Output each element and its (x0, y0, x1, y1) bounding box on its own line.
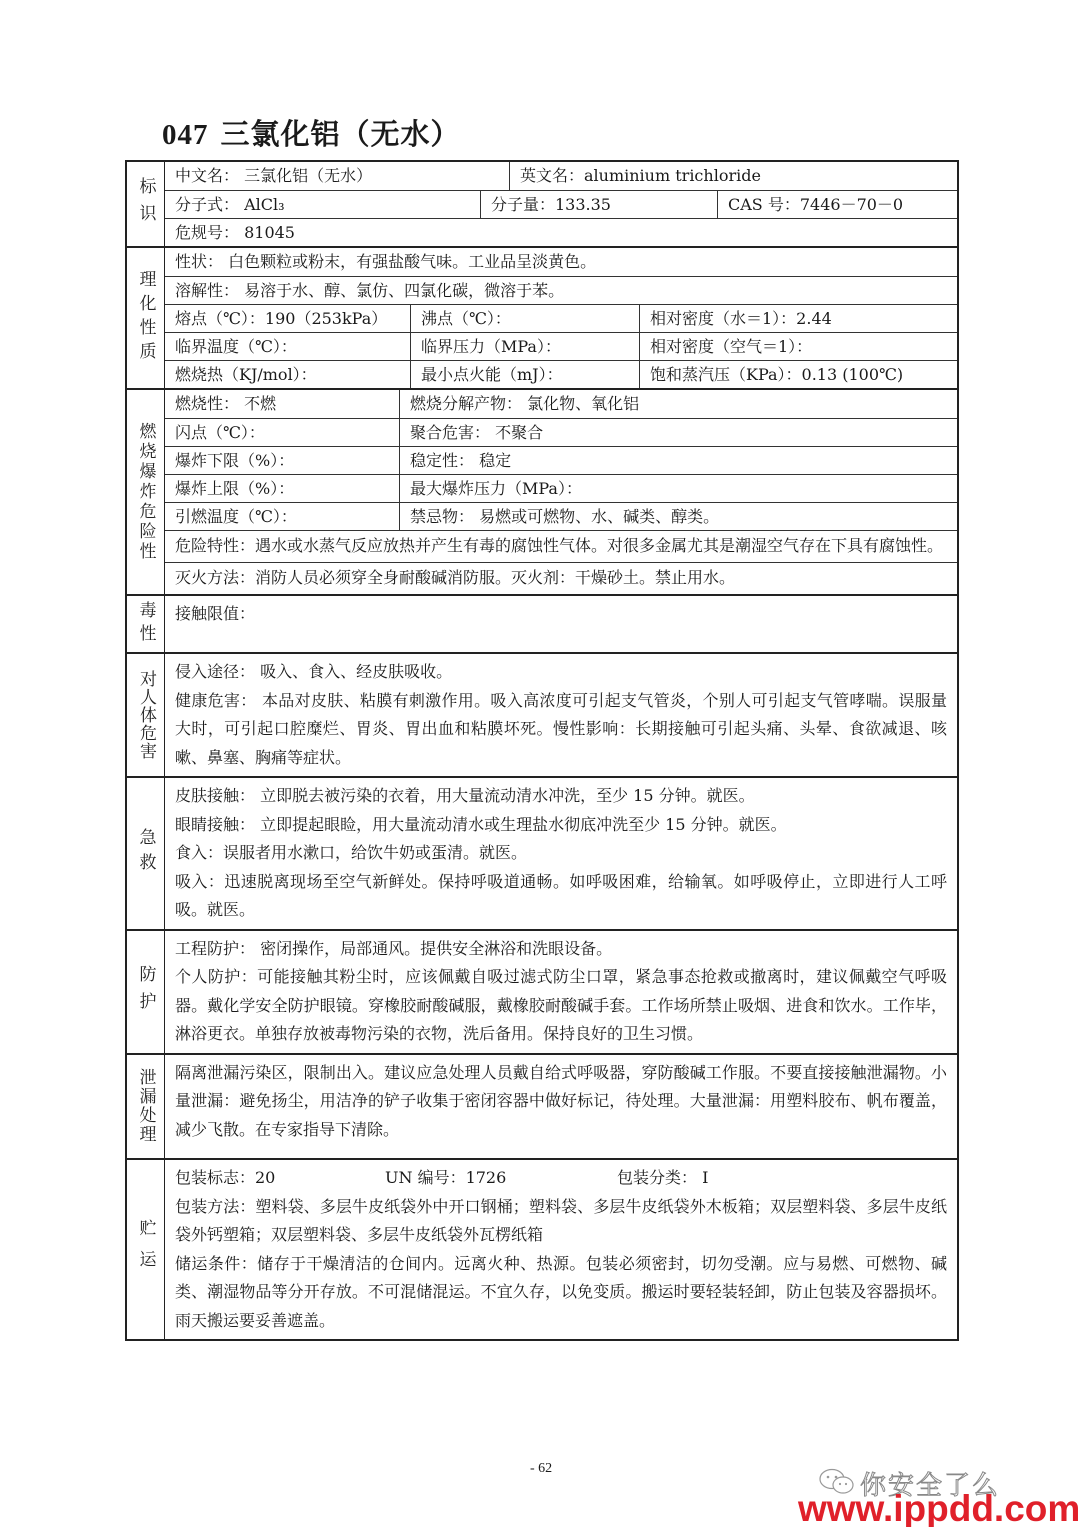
page-title: 047三氯化铝（无水） (162, 112, 461, 153)
package-mark: 包装标志：20 (175, 1164, 385, 1193)
package-class: 包装分类： Ⅰ (617, 1164, 708, 1193)
polymerization-cell: 聚合危害： 不聚合 (399, 419, 957, 446)
ignition-temp-cell: 引燃温度（℃）： (165, 503, 399, 530)
section-health-hazards: 对人体危害 侵入途径： 吸入、食入、经皮肤吸收。 健康危害： 本品对皮肤、粘膜有… (127, 652, 957, 776)
section-label-toxicity: 毒性 (127, 596, 165, 652)
watermark-url: www.ippdd.com (798, 1488, 1080, 1527)
route-of-entry: 侵入途径： 吸入、食入、经皮肤吸收。 (175, 658, 947, 687)
inhalation: 吸入：迅速脱离现场至空气新鲜处。保持呼吸道通畅。如呼吸困难，给输氧。如呼吸停止，… (175, 868, 947, 925)
ingestion: 食入：误服者用水漱口，给饮牛奶或蛋清。就医。 (175, 839, 947, 868)
section-leakage: 泄漏处理 隔离泄漏污染区，限制出入。建议应急处理人员戴自给式呼吸器，穿防酸碱工作… (127, 1053, 957, 1159)
boiling-point-cell: 沸点（℃）： (410, 305, 639, 332)
section-storage-transport: 贮运 包装标志：20 UN 编号：1726 包装分类： Ⅰ 包装方法：塑料袋、多… (127, 1158, 957, 1339)
table-row: 闪点（℃）： 聚合危害： 不聚合 (165, 418, 957, 446)
table-row: 性状： 白色颗粒或粉末，有强盐酸气味。工业品呈淡黄色。 (165, 248, 957, 276)
section-first-aid: 急救 皮肤接触： 立即脱去被污染的衣着，用大量流动清水冲洗，至少 15 分钟。就… (127, 776, 957, 929)
chemical-number: 047 (162, 119, 209, 151)
extinguishing-method: 灭火方法：消防人员必须穿全身耐酸碱消防服。灭火剂：干燥砂土。禁止用水。 (165, 562, 957, 594)
chemical-name-title: 三氯化铝（无水） (221, 117, 461, 151)
combustion-heat-cell: 燃烧热（KJ/mol）： (165, 361, 410, 388)
table-row: 爆炸下限（%）： 稳定性： 稳定 (165, 446, 957, 474)
appearance-cell: 性状： 白色颗粒或粉末，有强盐酸气味。工业品呈淡黄色。 (165, 248, 957, 276)
section-toxicity: 毒性 接触限值： (127, 594, 957, 652)
melting-point-cell: 熔点（℃）：190（253kPa） (165, 305, 410, 332)
section-label-protection: 防护 (127, 931, 165, 1053)
decomposition-cell: 燃烧分解产物： 氯化物、氧化铝 (399, 390, 957, 418)
section-label-first-aid: 急救 (127, 778, 165, 929)
molecular-weight-cell: 分子量：133.35 (480, 191, 717, 218)
stability-cell: 稳定性： 稳定 (399, 447, 957, 474)
exposure-limit: 接触限值： (175, 600, 947, 629)
leakage-text: 隔离泄漏污染区，限制出入。建议应急处理人员戴自给式呼吸器，穿防酸碱工作服。不要直… (175, 1059, 947, 1145)
vapor-pressure-cell: 饱和蒸汽压（KPa）：0.13 (100℃) (639, 361, 957, 388)
hazard-number-cell: 危规号： 81045 (165, 219, 957, 246)
critical-temp-cell: 临界温度（℃）： (165, 333, 410, 360)
lel-cell: 爆炸下限（%）： (165, 447, 399, 474)
uel-cell: 爆炸上限（%）： (165, 475, 399, 502)
rel-density-air-cell: 相对密度（空气＝1）： (639, 333, 957, 360)
table-row: 危规号： 81045 (165, 218, 957, 246)
package-info-line: 包装标志：20 UN 编号：1726 包装分类： Ⅰ (175, 1164, 947, 1193)
skin-contact: 皮肤接触： 立即脱去被污染的衣着，用大量流动清水冲洗，至少 15 分钟。就医。 (175, 782, 947, 811)
formula-cell: 分子式： AlCl₃ (165, 191, 480, 218)
section-label-storage: 贮运 (127, 1160, 165, 1339)
section-label-health: 对人体危害 (127, 654, 165, 776)
section-physchem: 理化性质 性状： 白色颗粒或粉末，有强盐酸气味。工业品呈淡黄色。 溶解性： 易溶… (127, 246, 957, 388)
hazard-characteristics: 危险特性：遇水或水蒸气反应放热并产生有毒的腐蚀性气体。对很多金属尤其是潮湿空气存… (165, 530, 957, 562)
page-number: - 62 (530, 1461, 552, 1477)
critical-pressure-cell: 临界压力（MPa）： (410, 333, 639, 360)
personal-protection: 个人防护：可能接触其粉尘时，应该佩戴自吸过滤式防尘口罩，紧急事态抢救或撤离时，建… (175, 963, 947, 1049)
section-label-physchem: 理化性质 (127, 248, 165, 388)
max-explosion-pressure-cell: 最大爆炸压力（MPa）： (399, 475, 957, 502)
min-ignition-energy-cell: 最小点火能（mJ）： (410, 361, 639, 388)
table-row: 爆炸上限（%）： 最大爆炸压力（MPa）： (165, 474, 957, 502)
section-label-fire: 燃烧爆炸危险性 (127, 390, 165, 594)
table-row: 溶解性： 易溶于水、醇、氯仿、四氯化碳，微溶于苯。 (165, 276, 957, 304)
rel-density-water-cell: 相对密度（水＝1）：2.44 (639, 305, 957, 332)
table-row: 分子式： AlCl₃ 分子量：133.35 CAS 号：7446－70－0 (165, 190, 957, 218)
section-fire-explosion: 燃烧爆炸危险性 燃烧性： 不燃 燃烧分解产物： 氯化物、氧化铝 闪点（℃）： 聚… (127, 388, 957, 594)
table-row: 燃烧性： 不燃 燃烧分解产物： 氯化物、氧化铝 (165, 390, 957, 418)
incompatibles-cell: 禁忌物： 易燃或可燃物、水、碱类、醇类。 (399, 503, 957, 530)
flash-point-cell: 闪点（℃）： (165, 419, 399, 446)
english-name-cell: 英文名：aluminium trichloride (509, 162, 957, 190)
msds-table: 标识 中文名： 三氯化铝（无水） 英文名：aluminium trichlori… (125, 160, 959, 1341)
eye-contact: 眼睛接触： 立即提起眼睑，用大量流动清水或生理盐水彻底冲洗至少 15 分钟。就医… (175, 811, 947, 840)
solubility-cell: 溶解性： 易溶于水、醇、氯仿、四氯化碳，微溶于苯。 (165, 277, 957, 304)
un-number: UN 编号：1726 (385, 1164, 617, 1193)
table-row: 临界温度（℃）： 临界压力（MPa）： 相对密度（空气＝1）： (165, 332, 957, 360)
section-label-leakage: 泄漏处理 (127, 1055, 165, 1159)
table-row: 熔点（℃）：190（253kPa） 沸点（℃）： 相对密度（水＝1）：2.44 (165, 304, 957, 332)
table-row: 中文名： 三氯化铝（无水） 英文名：aluminium trichloride (165, 162, 957, 190)
section-identification: 标识 中文名： 三氯化铝（无水） 英文名：aluminium trichlori… (127, 162, 957, 246)
table-row: 燃烧热（KJ/mol）： 最小点火能（mJ）： 饱和蒸汽压（KPa）：0.13 … (165, 360, 957, 388)
package-method: 包装方法：塑料袋、多层牛皮纸袋外中开口钢桶；塑料袋、多层牛皮纸袋外木板箱；双层塑… (175, 1193, 947, 1250)
cas-cell: CAS 号：7446－70－0 (717, 191, 957, 218)
storage-conditions: 储运条件：储存于干燥清洁的仓间内。远离火种、热源。包装必须密封，切勿受潮。应与易… (175, 1250, 947, 1336)
engineering-protection: 工程防护： 密闭操作，局部通风。提供安全淋浴和洗眼设备。 (175, 935, 947, 964)
section-protection: 防护 工程防护： 密闭操作，局部通风。提供安全淋浴和洗眼设备。 个人防护：可能接… (127, 929, 957, 1053)
chinese-name-cell: 中文名： 三氯化铝（无水） (165, 162, 509, 190)
section-label-identification: 标识 (127, 162, 165, 246)
health-hazards-text: 健康危害： 本品对皮肤、粘膜有刺激作用。吸入高浓度可引起支气管炎，个别人可引起支… (175, 687, 947, 773)
flammability-cell: 燃烧性： 不燃 (165, 390, 399, 418)
table-row: 引燃温度（℃）： 禁忌物： 易燃或可燃物、水、碱类、醇类。 (165, 502, 957, 530)
